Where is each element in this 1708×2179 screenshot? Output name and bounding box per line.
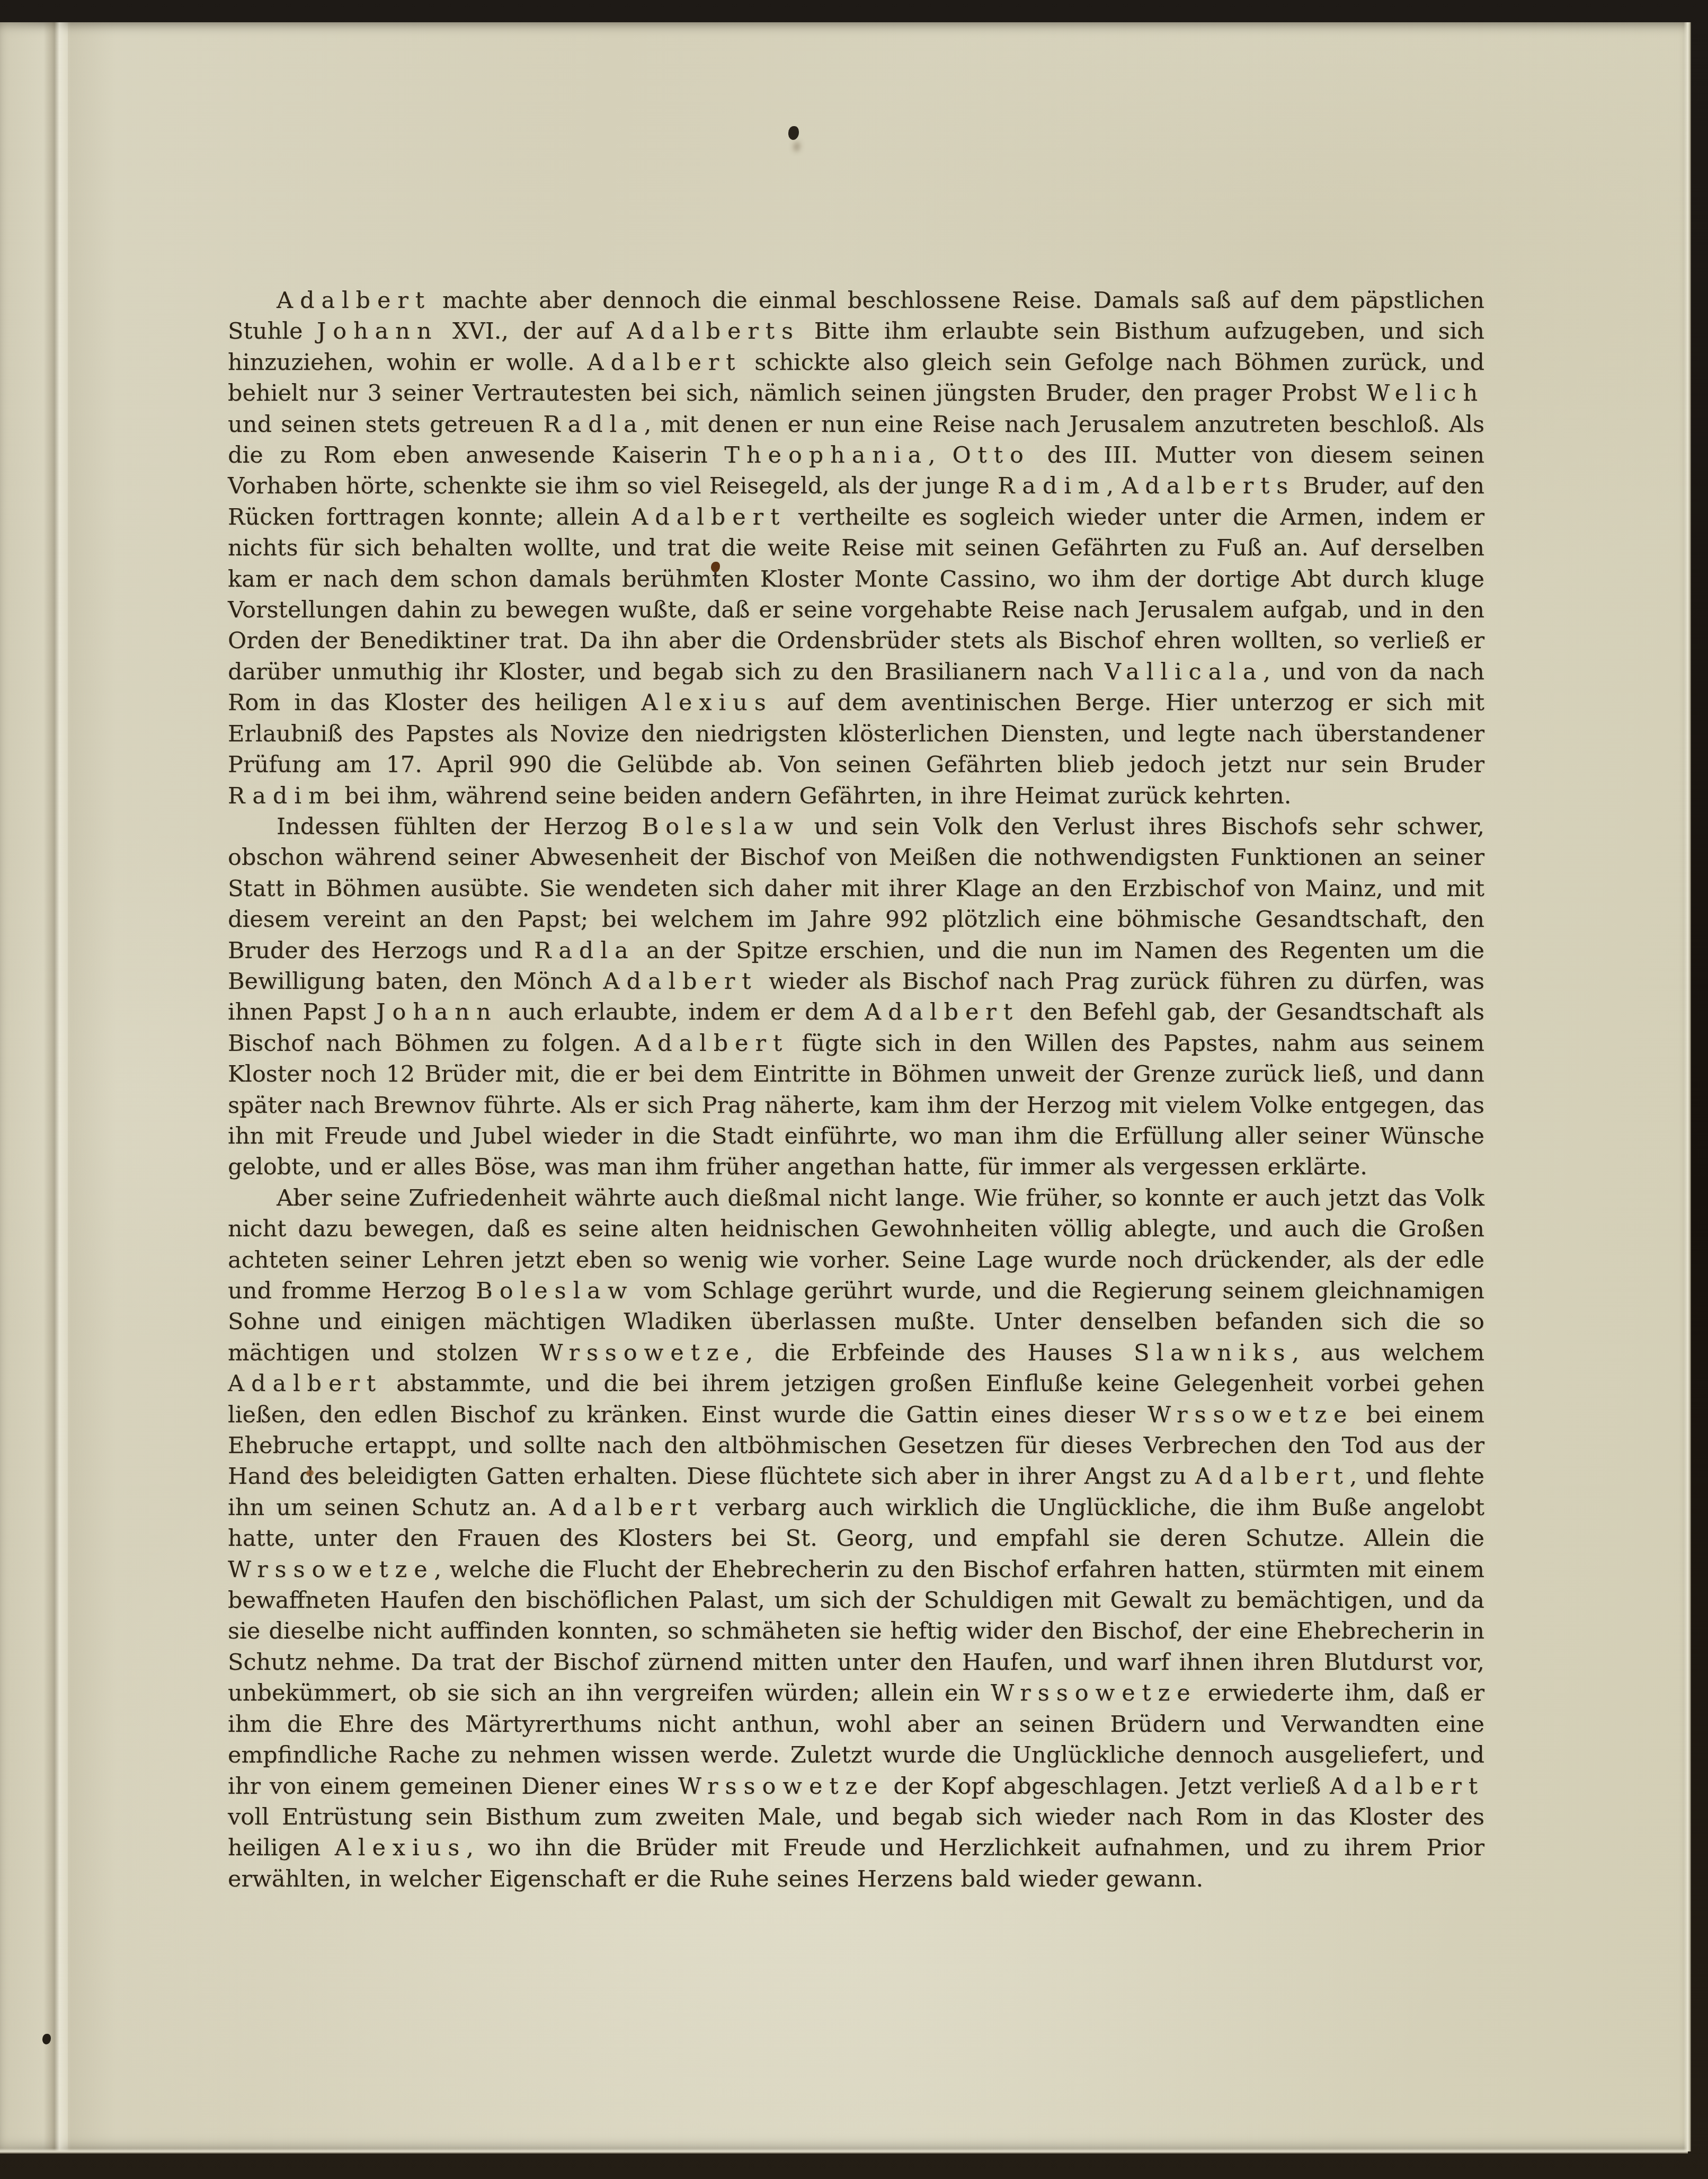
letterspaced-name: Adalbert bbox=[634, 1030, 789, 1057]
paragraph: Indessen fühlten der Herzog Boleslaw und… bbox=[228, 811, 1484, 1183]
paragraph: Aber seine Zufriedenheit währte auch die… bbox=[228, 1183, 1484, 1894]
letterspaced-name: Wrssowetze bbox=[991, 1680, 1197, 1706]
letterspaced-name: Johann bbox=[317, 318, 438, 344]
letterspaced-name: Radla bbox=[534, 937, 635, 964]
letterspaced-name: Alexius bbox=[641, 689, 772, 716]
paper-right-edge bbox=[1684, 22, 1691, 2151]
letterspaced-name: Wrssowetze bbox=[1147, 1402, 1354, 1428]
letterspaced-name: Johann bbox=[376, 999, 497, 1025]
letterspaced-name: Adalberts bbox=[627, 318, 800, 344]
letterspaced-name: Adalberts bbox=[1122, 473, 1295, 499]
letterspaced-name: Boleslaw bbox=[476, 1278, 634, 1304]
paper-bottom-edge bbox=[0, 2148, 1688, 2154]
letterspaced-name: Wrssowetze bbox=[228, 1556, 434, 1583]
letterspaced-name: Adalbert bbox=[865, 999, 1019, 1025]
book-page: Adalbert machte aber dennoch die einmal … bbox=[0, 22, 1688, 2151]
letterspaced-name: Radim bbox=[228, 783, 337, 809]
letterspaced-name: Adalbert bbox=[603, 968, 758, 995]
letterspaced-name: Radla bbox=[543, 411, 644, 438]
letterspaced-name: Adalbert bbox=[549, 1494, 704, 1521]
letterspaced-name: Wrssowetze bbox=[539, 1340, 745, 1366]
letterspaced-name: Adalbert bbox=[1330, 1773, 1484, 1800]
letterspaced-name: Vallicala bbox=[1105, 659, 1263, 685]
letterspaced-name: Adalbert bbox=[228, 1370, 382, 1397]
letterspaced-name: Theophania bbox=[724, 442, 928, 468]
binding-gutter-shadow bbox=[0, 22, 45, 2151]
book-scan-photo: Adalbert machte aber dennoch die einmal … bbox=[0, 0, 1708, 2179]
page-text-block: Adalbert machte aber dennoch die einmal … bbox=[228, 285, 1484, 1894]
binding-gutter-crease bbox=[43, 22, 71, 2151]
letterspaced-name: Alexius bbox=[335, 1835, 466, 1861]
letterspaced-name: Radim bbox=[998, 473, 1107, 499]
letterspaced-name: Slawniks bbox=[1134, 1340, 1292, 1366]
letterspaced-name: Welich bbox=[1366, 380, 1484, 406]
letterspaced-name: Boleslaw bbox=[642, 813, 800, 840]
ink-speck bbox=[788, 126, 799, 140]
letterspaced-name: Adalbert bbox=[277, 287, 431, 314]
paper-fold-shadow bbox=[68, 22, 115, 2151]
letterspaced-name: Adalbert bbox=[631, 504, 786, 530]
letterspaced-name: Adalbert bbox=[587, 349, 742, 376]
paragraph: Adalbert machte aber dennoch die einmal … bbox=[228, 285, 1484, 811]
letterspaced-name: Wrssowetze bbox=[678, 1773, 884, 1800]
letterspaced-name: Otto bbox=[952, 442, 1030, 468]
letterspaced-name: Adalbert bbox=[1195, 1463, 1350, 1490]
